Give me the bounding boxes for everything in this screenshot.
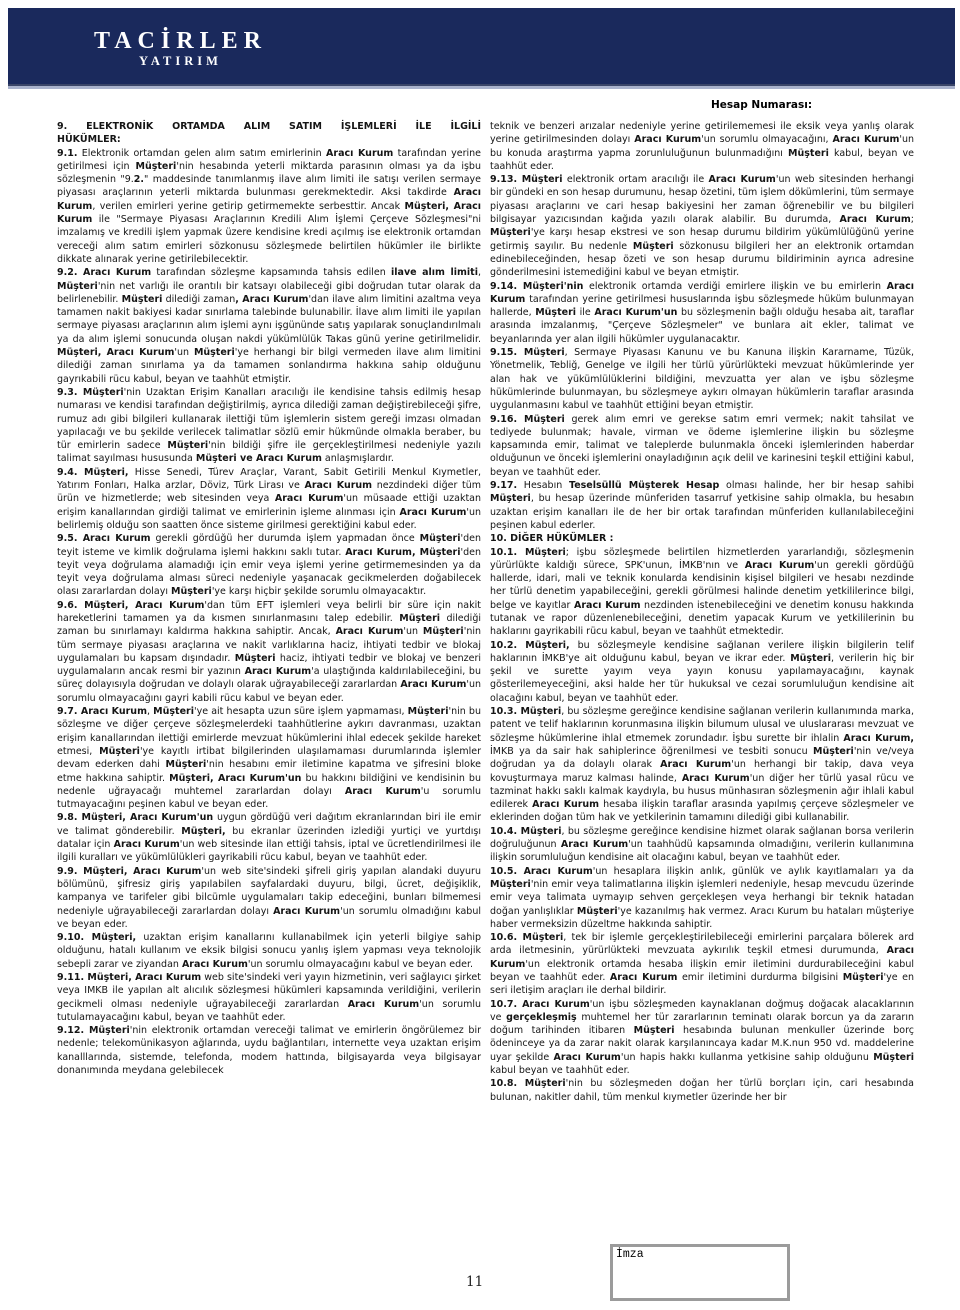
clause-9.6: 9.6. Müşteri, Aracı Kurum'dan tüm EFT iş… <box>57 599 481 705</box>
clause-9.3: 9.3. Müşteri'nin Uzaktan Erişim Kanallar… <box>57 386 481 466</box>
clause-9.13: 9.13. Müşteri elektronik ortam aracılığı… <box>490 173 914 279</box>
clause-10.8: 10.8. Müşteri'nin bu sözleşmeden doğan h… <box>490 1077 914 1104</box>
clause-10.2: 10.2. Müşteri, bu sözleşmeyle kendisine … <box>490 639 914 705</box>
clause-9.11: 9.11. Müşteri, Aracı Kurum web site'sind… <box>57 971 481 1024</box>
clause-9.7: 9.7. Aracı Kurum, Müşteri'ye ait hesapta… <box>57 705 481 811</box>
clause-10.4: 10.4. Müşteri, bu sözleşme gereğince ken… <box>490 825 914 865</box>
clause-10.1: 10.1. Müşteri; işbu sözleşmede belirtile… <box>490 546 914 639</box>
clause-9.8: 9.8. Müşteri, Aracı Kurum'un uygun gördü… <box>57 811 481 864</box>
clause-10.5: 10.5. Aracı Kurum'un hesaplara ilişkin a… <box>490 865 914 931</box>
clause-9.2: 9.2. Aracı Kurum tarafından sözleşme kap… <box>57 266 481 386</box>
page-number: 11 <box>466 1274 483 1290</box>
clause-10.6: 10.6. Müşteri, tek bir işlemle gerçekleş… <box>490 931 914 997</box>
clause-9.12: 9.12. Müşteri'nin elektronik ortamdan ve… <box>57 1024 481 1077</box>
clause-9.12-devam: teknik ve benzeri arızalar nedeniyle yer… <box>490 120 914 173</box>
contract-page: { "header": { "brand_top": "TACİRLER", "… <box>0 0 960 1310</box>
clause-9.1: 9.1. Elektronik ortamdan gelen alım satı… <box>57 147 481 267</box>
clause-9-heading-line2: HÜKÜMLER: <box>57 133 481 146</box>
brand-band: TACİRLER YATIRIM <box>8 8 955 86</box>
logo-wordmark: TACİRLER <box>94 28 267 54</box>
logo-subtitle: YATIRIM <box>94 54 267 68</box>
clause-9-heading-line1: 9. ELEKTRONİK ORTAMDA ALIM SATIM İŞLEMLE… <box>57 120 481 133</box>
band-underline <box>8 86 955 89</box>
company-logo: TACİRLER YATIRIM <box>94 28 267 68</box>
account-number-label: Hesap Numarası: <box>711 99 812 111</box>
clause-9.17: 9.17. Hesabın Teselsüllü Müşterek Hesap … <box>490 479 914 532</box>
left-column: 9. ELEKTRONİK ORTAMDA ALIM SATIM İŞLEMLE… <box>57 120 481 1077</box>
clause-10-heading: 10. DİĞER HÜKÜMLER : <box>490 532 914 545</box>
right-column: teknik ve benzeri arızalar nedeniyle yer… <box>490 120 914 1104</box>
clause-10.7: 10.7. Aracı Kurum'un işbu sözleşmeden ka… <box>490 998 914 1078</box>
clause-9.14: 9.14. Müşteri'nin elektronik ortamda ver… <box>490 280 914 346</box>
clause-9.15: 9.15. Müşteri, Sermaye Piyasası Kanunu v… <box>490 346 914 412</box>
clause-9.5: 9.5. Aracı Kurum gerekli gördüğü her dur… <box>57 532 481 598</box>
signature-box[interactable]: İmza <box>610 1244 790 1301</box>
clause-9.4: 9.4. Müşteri, Hisse Senedi, Türev Araçla… <box>57 466 481 532</box>
signature-label: İmza <box>613 1247 787 1262</box>
clause-9.10: 9.10. Müşteri, uzaktan erişim kanalların… <box>57 931 481 971</box>
clause-9.16: 9.16. Müşteri gerek alım emri ve gerekse… <box>490 413 914 479</box>
clause-9.9: 9.9. Müşteri, Aracı Kurum'un web site'si… <box>57 865 481 931</box>
clause-10.3: 10.3. Müşteri, bu sözleşme gereğince ken… <box>490 705 914 825</box>
